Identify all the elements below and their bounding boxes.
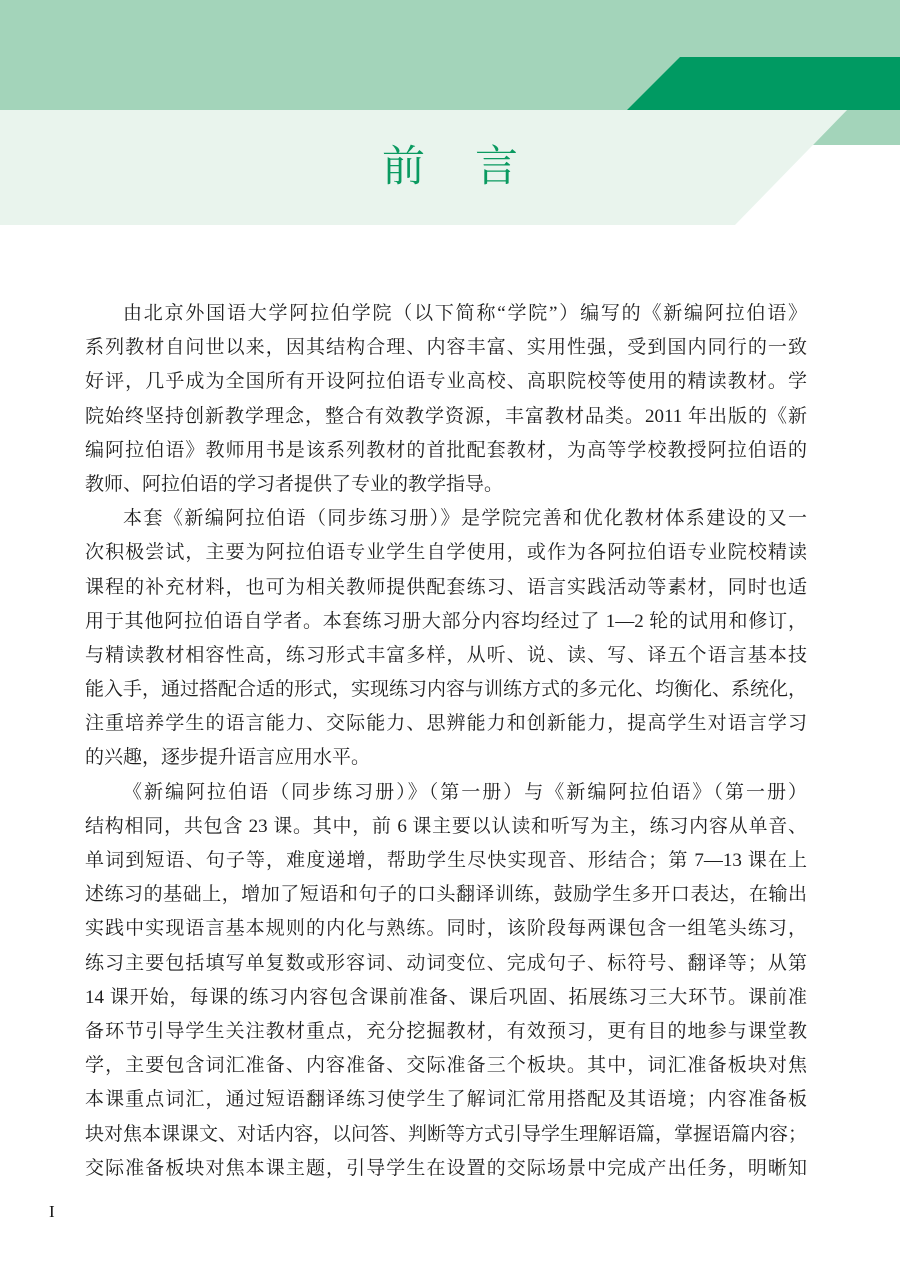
paragraph-1-line-4: 院始终坚持创新教学理念，整合有效教学资源，丰富教材品类。2011 年出版的《新	[85, 400, 807, 434]
paragraph-1-line-2: 系列教材自问世以来，因其结构合理、内容丰富、实用性强，受到国内同行的一致	[85, 331, 807, 365]
book-page: 前 言 由北京外国语大学阿拉伯学院（以下简称“学院”）编写的《新编阿拉伯语》 系…	[0, 0, 900, 1273]
paragraph-3-line-10: 本课重点词汇，通过短语翻译练习使学生了解词汇常用搭配及其语境；内容准备板	[85, 1083, 807, 1117]
page-title-char-2: 言	[475, 146, 518, 189]
paragraph-2-line-6: 能入手，通过搭配合适的形式，实现练习内容与训练方式的多元化、均衡化、系统化，	[85, 673, 807, 707]
paragraph-1-line-1: 由北京外国语大学阿拉伯学院（以下简称“学院”）编写的《新编阿拉伯语》	[85, 297, 807, 331]
header-decoration	[0, 0, 900, 230]
paragraph-2-line-1: 本套《新编阿拉伯语（同步练习册）》是学院完善和优化教材体系建设的又一	[85, 502, 807, 536]
preface-text: 由北京外国语大学阿拉伯学院（以下简称“学院”）编写的《新编阿拉伯语》 系列教材自…	[85, 297, 807, 1186]
paragraph-3-line-9: 学，主要包含词汇准备、内容准备、交际准备三个板块。其中，词汇准备板块对焦	[85, 1049, 807, 1083]
paragraph-3-line-2: 结构相同，共包含 23 课。其中，前 6 课主要以认读和听写为主，练习内容从单音…	[85, 810, 807, 844]
page-title-char-1: 前	[382, 146, 425, 189]
paragraph-3-line-12: 交际准备板块对焦本课主题，引导学生在设置的交际场景中完成产出任务，明晰知	[85, 1152, 807, 1186]
paragraph-2-line-5: 与精读教材相容性高，练习形式丰富多样，从听、说、读、写、译五个语言基本技	[85, 639, 807, 673]
paragraph-3-line-7: 14 课开始，每课的练习内容包含课前准备、课后巩固、拓展练习三大环节。课前准	[85, 981, 807, 1015]
paragraph-2-line-3: 课程的补充材料，也可为相关教师提供配套练习、语言实践活动等素材，同时也适	[85, 571, 807, 605]
page-number: I	[49, 1203, 55, 1220]
paragraph-3-line-5: 实践中实现语言基本规则的内化与熟练。同时，该阶段每两课包含一组笔头练习，	[85, 912, 807, 946]
paragraph-3-line-8: 备环节引导学生关注教材重点，充分挖掘教材，有效预习，更有目的地参与课堂教	[85, 1015, 807, 1049]
page-title: 前 言	[0, 146, 900, 189]
paragraph-3-line-3: 单词到短语、句子等，难度递增，帮助学生尽快实现音、形结合；第 7—13 课在上	[85, 844, 807, 878]
paragraph-1-line-3: 好评，几乎成为全国所有开设阿拉伯语专业高校、高职院校等使用的精读教材。学	[85, 365, 807, 399]
paragraph-1-line-6: 教师、阿拉伯语的学习者提供了专业的教学指导。	[85, 468, 807, 502]
paragraph-2-line-8: 的兴趣，逐步提升语言应用水平。	[85, 741, 807, 775]
paragraph-3-line-11: 块对焦本课课文、对话内容，以问答、判断等方式引导学生理解语篇，掌握语篇内容；	[85, 1118, 807, 1152]
paragraph-3-line-4: 述练习的基础上，增加了短语和句子的口头翻译训练，鼓励学生多开口表达，在输出	[85, 878, 807, 912]
paragraph-3-line-6: 练习主要包括填写单复数或形容词、动词变位、完成句子、标符号、翻译等；从第	[85, 947, 807, 981]
paragraph-3-line-1: 《新编阿拉伯语（同步练习册）》（第一册）与《新编阿拉伯语》（第一册）	[85, 776, 807, 810]
paragraph-2-line-2: 次积极尝试，主要为阿拉伯语专业学生自学使用，或作为各阿拉伯语专业院校精读	[85, 536, 807, 570]
paragraph-2-line-7: 注重培养学生的语言能力、交际能力、思辨能力和创新能力，提高学生对语言学习	[85, 707, 807, 741]
paragraph-1-line-5: 编阿拉伯语》教师用书是该系列教材的首批配套教材，为高等学校教授阿拉伯语的	[85, 434, 807, 468]
paragraph-2-line-4: 用于其他阿拉伯语自学者。本套练习册大部分内容均经过了 1—2 轮的试用和修订，	[85, 605, 807, 639]
